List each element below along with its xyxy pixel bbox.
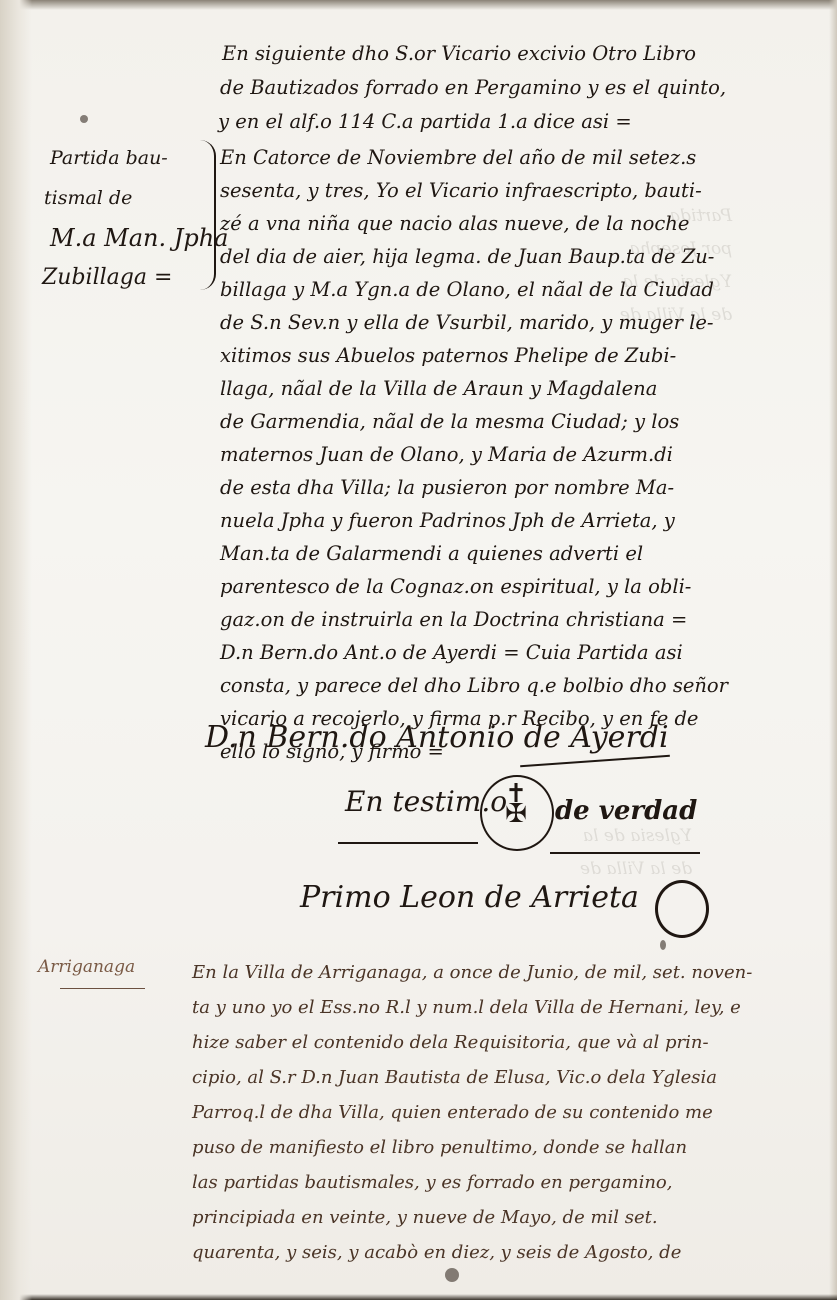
signature-flourish-line [520,755,670,767]
attestation-right: de verdad [555,796,697,826]
attestation-underline [338,842,478,844]
body-line: En la Villa de Arriganaga, a once de Jun… [192,962,752,983]
body-line: consta, y parece del dho Libro q.e bolbi… [220,674,728,697]
body-line: de S.n Sev.n y ella de Vsurbil, marido, … [220,311,713,334]
page-edge [829,0,837,1300]
body-line: de Garmendia, nãal de la mesma Ciudad; y… [220,410,679,433]
notary-signature: Primo Leon de Arrieta [300,880,639,915]
body-line: xitimos sus Abuelos paternos Phelipe de … [220,344,676,367]
body-line: principiada en veinte, y nueve de Mayo, … [192,1207,658,1228]
ink-blot [660,940,666,950]
body-line: D.n Bern.do Ant.o de Ayerdi = Cuia Parti… [220,641,683,664]
body-line: zé a vna niña que nacio alas nueve, de l… [220,212,689,235]
body-line: En Catorce de Noviembre del año de mil s… [220,146,696,169]
vicar-signature: D.n Bern.do Antonio de Ayerdi [205,720,669,755]
manuscript-page: Partida por Josepha Yglesia de la de la … [0,0,837,1300]
margin-underline [60,988,145,989]
body-line: sesenta, y tres, Yo el Vicario infraescr… [220,179,702,202]
notary-rubric-flourish [655,880,709,938]
body-line: las partidas bautismales, y es forrado e… [192,1172,672,1193]
ink-blot [445,1268,459,1282]
attestation-underline-right [550,852,700,854]
body-line: Man.ta de Galarmendi a quienes adverti e… [220,542,643,565]
body-line: hize saber el contenido dela Requisitori… [192,1032,709,1053]
body-line: ta y uno yo el Ess.no R.l y num.l dela V… [192,997,741,1018]
body-line: cipio, al S.r D.n Juan Bautista de Elusa… [192,1067,717,1088]
body-line: del dia de aier, hija legma. de Juan Bau… [220,245,714,268]
page-edge [0,1294,837,1300]
intro-line: de Bautizados forrado en Pergamino y es … [220,76,726,99]
notary-sign-cross-icon: ✝✠ [505,784,527,844]
body-line: de esta dha Villa; la pusieron por nombr… [220,476,674,499]
body-line: billaga y M.a Ygn.a de Olano, el nãal de… [220,278,714,301]
intro-line: En siguiente dho S.or Vicario excivio Ot… [222,42,696,65]
body-line: maternos Juan de Olano, y Maria de Azurm… [220,443,673,466]
body-line: parentesco de la Cognaz.on espiritual, y… [220,575,691,598]
body-line: quarenta, y seis, y acabò en diez, y sei… [192,1242,681,1263]
ink-blot [80,115,88,123]
body-line: gaz.on de instruirla en la Doctrina chri… [220,608,687,631]
margin-brace [200,140,216,290]
body-line: puso de manifiesto el libro penultimo, d… [192,1137,687,1158]
intro-line: y en el alf.o 114 C.a partida 1.a dice a… [218,110,632,133]
body-line: nuela Jpha y fueron Padrinos Jph de Arri… [220,509,675,532]
entry2-margin-note: Arriganaga [38,957,135,977]
body-line: Parroq.l de dha Villa, quien enterado de… [192,1102,713,1123]
body-line: llaga, nãal de la Villa de Araun y Magda… [220,377,657,400]
